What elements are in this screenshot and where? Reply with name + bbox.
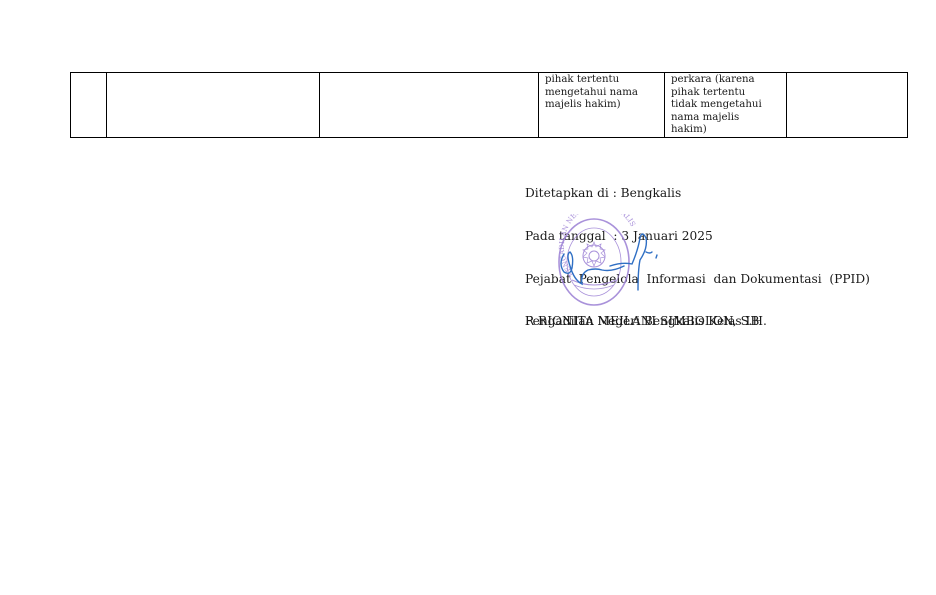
signer-name: R RIONITA MEILANI SIMBOLON, S.H. xyxy=(525,314,767,328)
table-cell-basis xyxy=(320,73,539,138)
table-cell-number xyxy=(71,73,107,138)
table-cell-notes xyxy=(787,73,908,138)
official-stamp-icon: PENGADILAN NEGERI BENGKALIS xyxy=(552,214,667,310)
document-page: pihak tertentu mengetahui nama majelis h… xyxy=(0,0,936,595)
table-cell-reason-2: perkara (karena pihak tertentu tidak men… xyxy=(665,73,787,138)
table-cell-reason-1: pihak tertentu mengetahui nama majelis h… xyxy=(539,73,665,138)
table-row: pihak tertentu mengetahui nama majelis h… xyxy=(71,73,908,138)
cell-text-reason-2: perkara (karena pihak tertentu tidak men… xyxy=(671,74,786,137)
place-line: Ditetapkan di : Bengkalis xyxy=(525,186,870,200)
info-table: pihak tertentu mengetahui nama majelis h… xyxy=(70,72,908,138)
cell-text-reason-1: pihak tertentu mengetahui nama majelis h… xyxy=(545,74,664,112)
table-cell-info xyxy=(107,73,320,138)
